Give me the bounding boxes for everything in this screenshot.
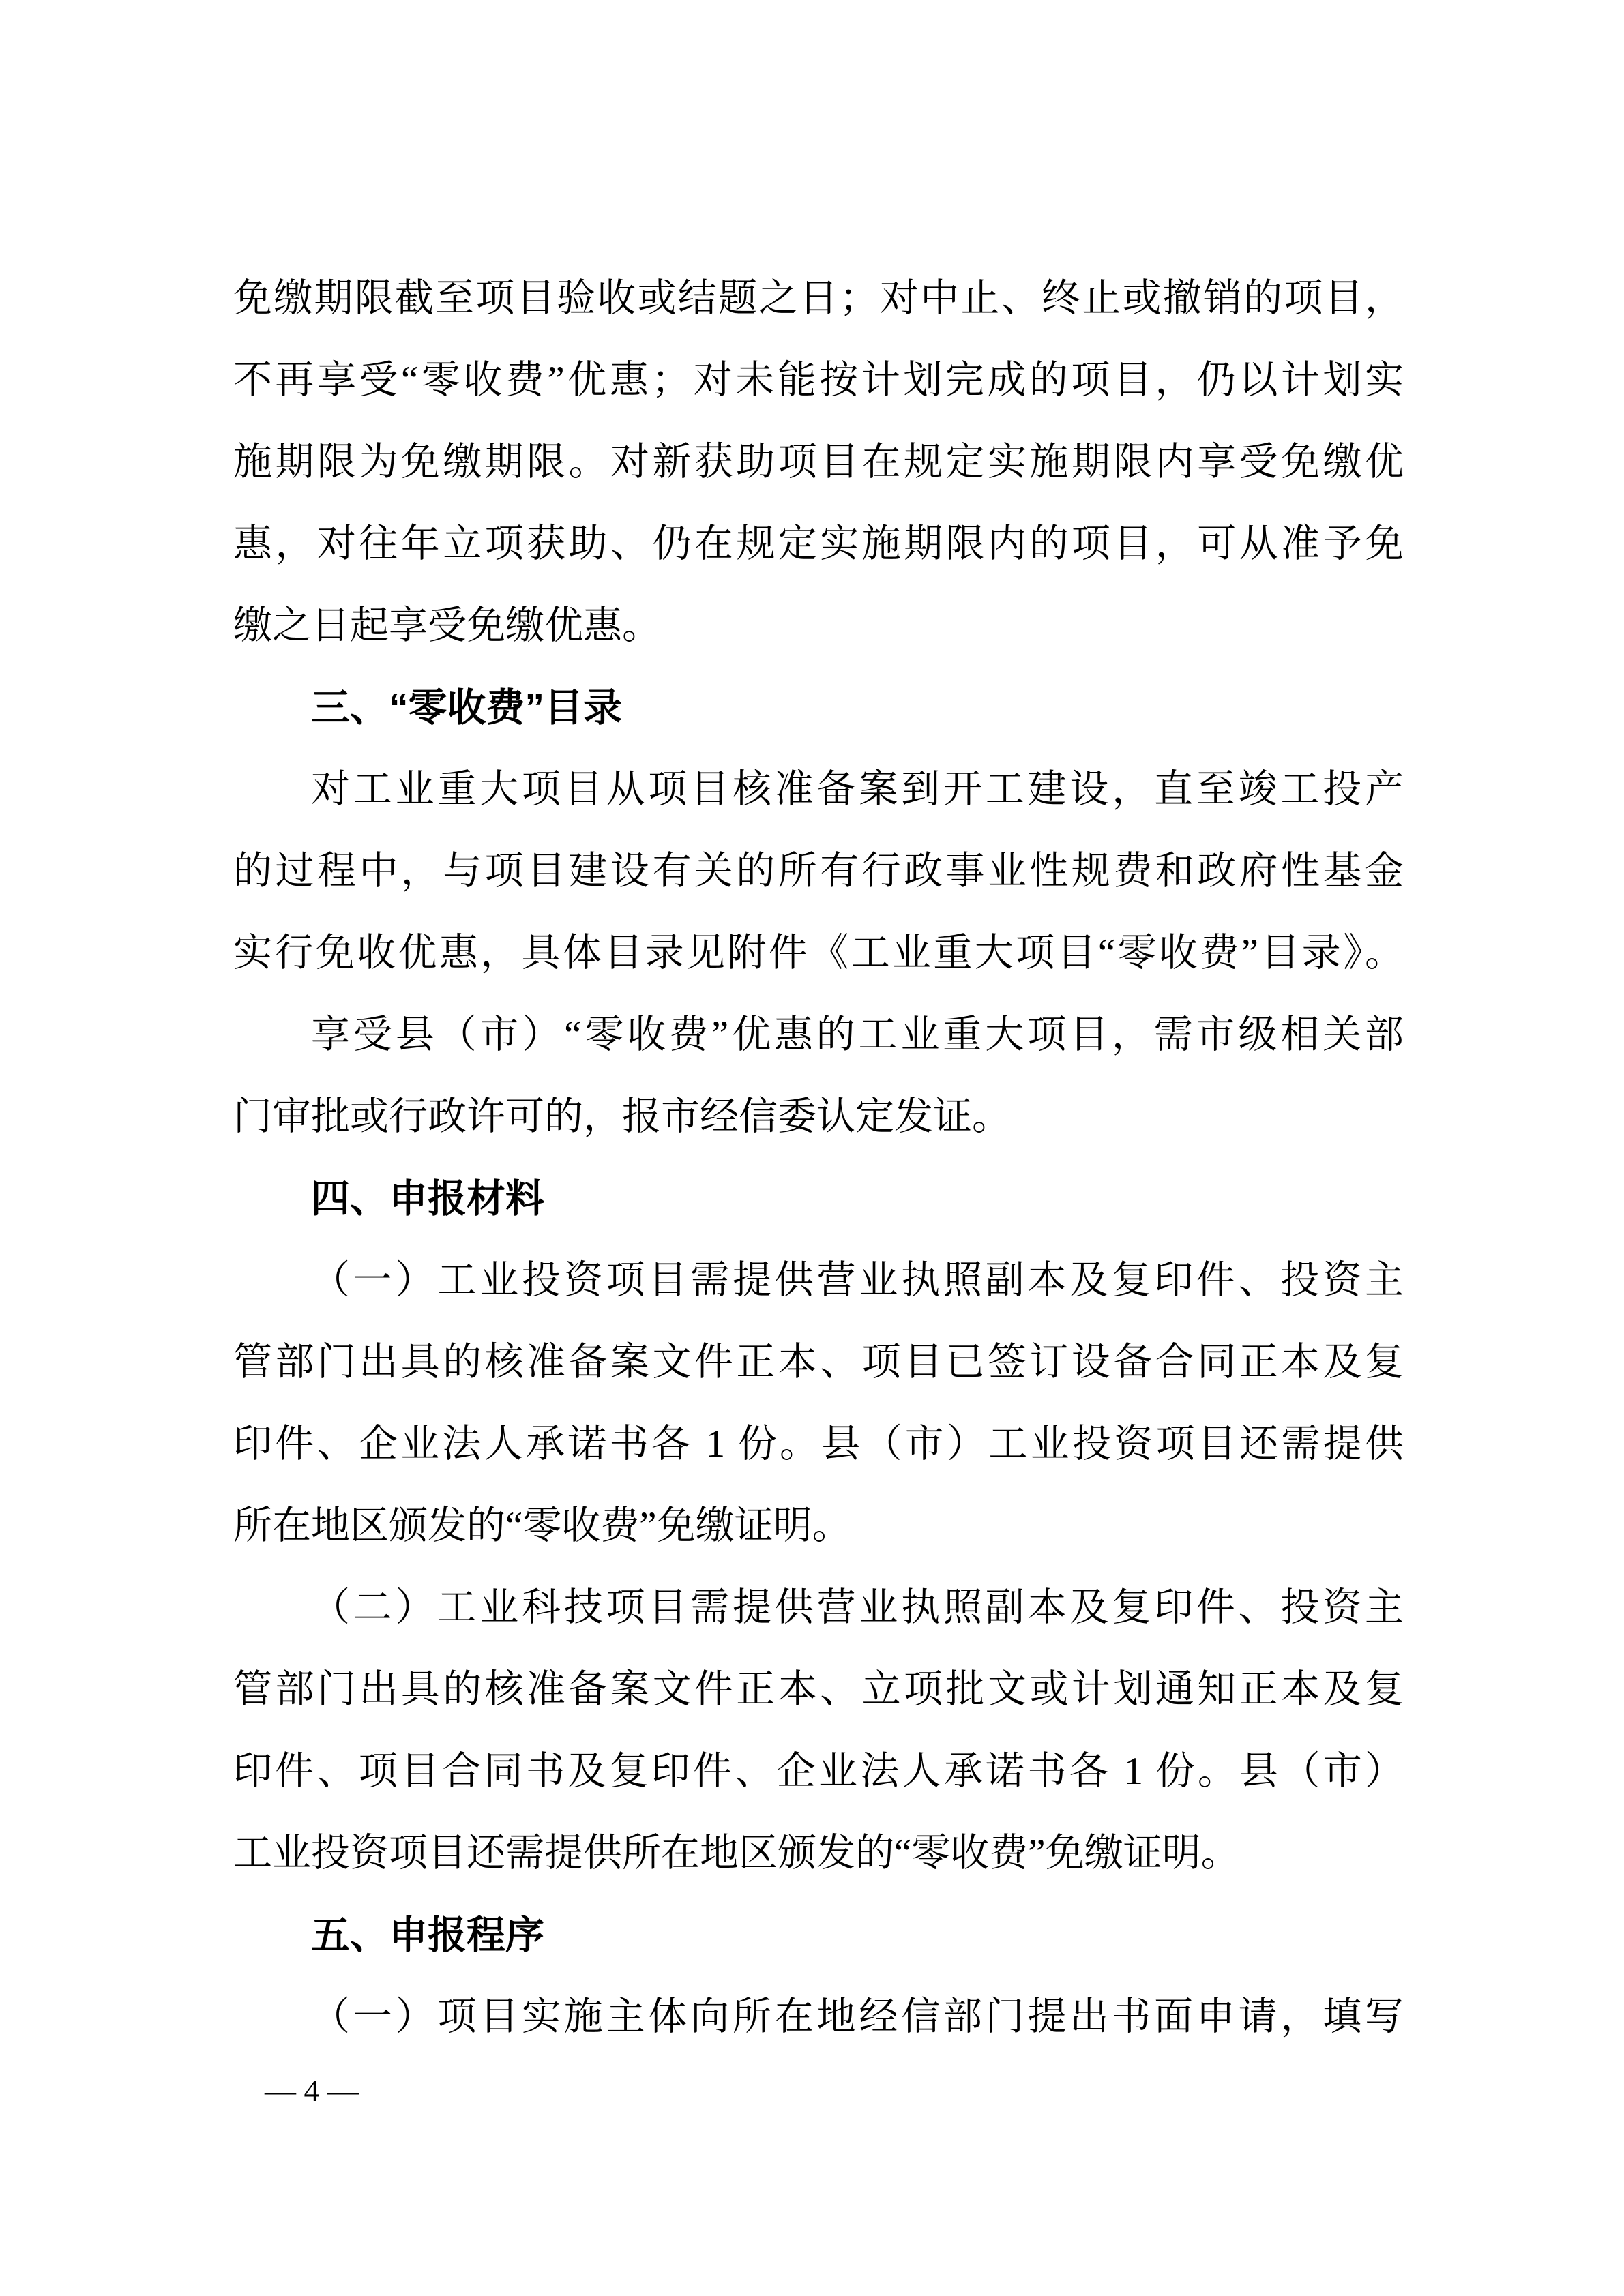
section-heading: 五、申报程序 <box>233 1894 1404 1976</box>
text-line: 门审批或行政许可的，报市经信委认定发证。 <box>233 1076 1404 1158</box>
page-number: — 4 — <box>265 2069 359 2113</box>
text-line: 工业投资项目还需提供所在地区颁发的“零收费”免缴证明。 <box>233 1813 1404 1894</box>
text-line: 实行免收优惠，具体目录见附件《工业重大项目“零收费”目录》。 <box>233 912 1404 994</box>
text-line: 享受县（市）“零收费”优惠的工业重大项目，需市级相关部 <box>233 994 1404 1076</box>
text-line: 免缴期限截至项目验收或结题之日；对中止、终止或撤销的项目， <box>233 258 1404 340</box>
text-line: 所在地区颁发的“零收费”免缴证明。 <box>233 1485 1404 1567</box>
text-line: （二）工业科技项目需提供营业执照副本及复印件、投资主 <box>233 1567 1404 1649</box>
text-line: 对工业重大项目从项目核准备案到开工建设，直至竣工投产 <box>233 749 1404 831</box>
document-page: 免缴期限截至项目验收或结题之日；对中止、终止或撤销的项目， 不再享受“零收费”优… <box>0 0 1624 2296</box>
text-line: 不再享受“零收费”优惠；对未能按计划完成的项目，仍以计划实 <box>233 340 1404 421</box>
text-line: 管部门出具的核准备案文件正本、项目已签订设备合同正本及复 <box>233 1322 1404 1403</box>
text-line: （一）工业投资项目需提供营业执照副本及复印件、投资主 <box>233 1240 1404 1322</box>
section-heading: 四、申报材料 <box>233 1158 1404 1240</box>
text-line: 惠，对往年立项获助、仍在规定实施期限内的项目，可从准予免 <box>233 503 1404 585</box>
text-line: 施期限为免缴期限。对新获助项目在规定实施期限内享受免缴优 <box>233 421 1404 503</box>
section-heading: 三、“零收费”目录 <box>233 667 1404 749</box>
text-line: 印件、项目合同书及复印件、企业法人承诺书各 1 份。县（市） <box>233 1731 1404 1813</box>
document-body: 免缴期限截至项目验收或结题之日；对中止、终止或撤销的项目， 不再享受“零收费”优… <box>233 258 1404 2058</box>
text-line: 缴之日起享受免缴优惠。 <box>233 585 1404 667</box>
text-line: （一）项目实施主体向所在地经信部门提出书面申请，填写 <box>233 1976 1404 2058</box>
text-line: 的过程中，与项目建设有关的所有行政事业性规费和政府性基金 <box>233 831 1404 912</box>
text-line: 印件、企业法人承诺书各 1 份。县（市）工业投资项目还需提供 <box>233 1403 1404 1485</box>
text-line: 管部门出具的核准备案文件正本、立项批文或计划通知正本及复 <box>233 1649 1404 1731</box>
